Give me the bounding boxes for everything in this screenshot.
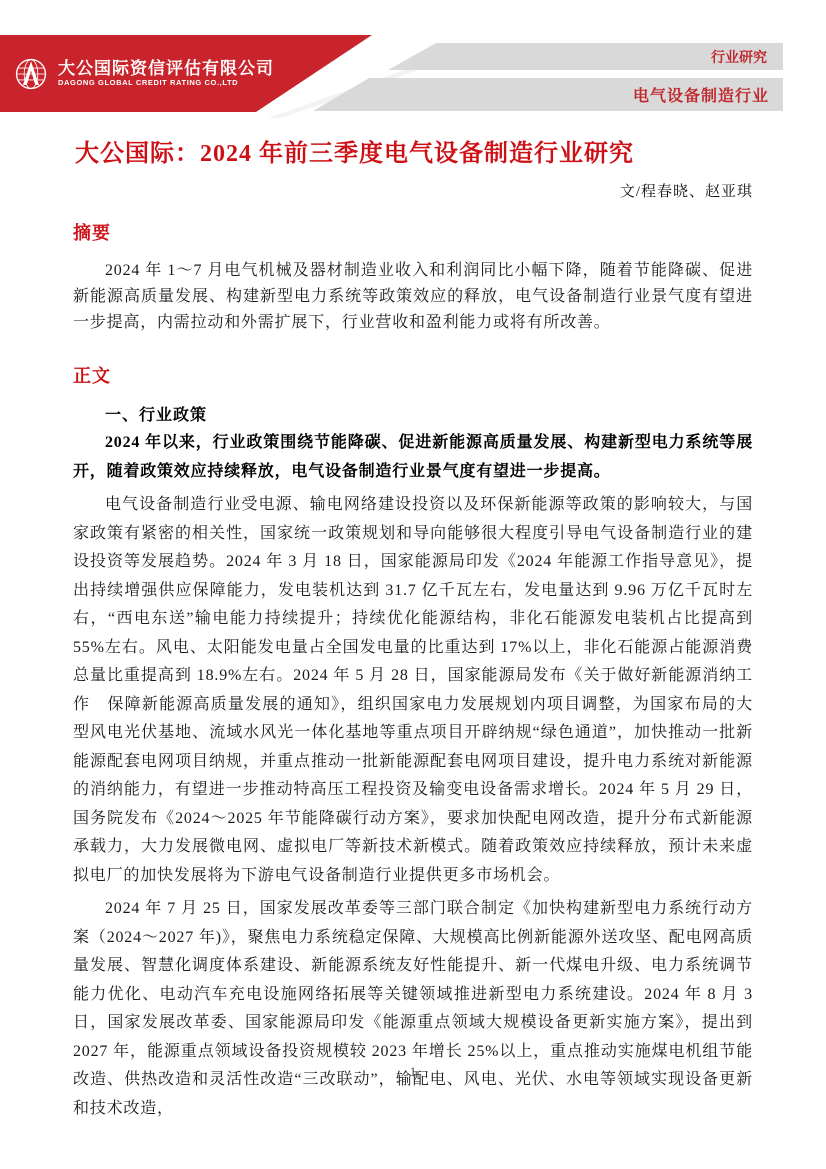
- banner-report-type-label: 行业研究: [711, 47, 767, 67]
- body-paragraph-2: 2024 年 7 月 25 日，国家发展改革委等三部门联合制定《加快构建新型电力…: [73, 895, 753, 1123]
- section-heading-industry-policy: 一、行业政策: [73, 402, 753, 425]
- body-paragraph-1: 电气设备制造行业受电源、输电网络建设投资以及环保新能源等政策的影响较大，与国家政…: [73, 491, 753, 890]
- document-page: 大公国际资信评估有限公司 DAGONG GLOBAL CREDIT RATING…: [0, 0, 826, 1169]
- company-name-cn: 大公国际资信评估有限公司: [58, 60, 274, 78]
- article-title: 大公国际：2024 年前三季度电气设备制造行业研究: [75, 138, 753, 170]
- masthead: 大公国际资信评估有限公司 DAGONG GLOBAL CREDIT RATING…: [0, 0, 826, 118]
- abstract-heading: 摘要: [73, 219, 753, 245]
- dagong-globe-logo-icon: [14, 57, 48, 91]
- section-lead-paragraph: 2024 年以来，行业政策围绕节能降碳、促进新能源高质量发展、构建新型电力系统等…: [73, 429, 753, 486]
- brand-block: 大公国际资信评估有限公司 DAGONG GLOBAL CREDIT RATING…: [0, 35, 372, 112]
- company-name-en: DAGONG GLOBAL CREDIT RATING CO.,LTD: [58, 79, 274, 87]
- banner-industry-label: 电气设备制造行业: [633, 83, 769, 106]
- byline: 文/程春晓、赵亚琪: [73, 180, 753, 201]
- abstract-text: 2024 年 1～7 月电气机械及器材制造业收入和利润同比小幅下降，随着节能降碳…: [73, 258, 753, 336]
- article-content: 大公国际：2024 年前三季度电气设备制造行业研究 文/程春晓、赵亚琪 摘要 2…: [73, 118, 753, 1123]
- banner-report-type: 行业研究: [388, 43, 783, 70]
- body-heading: 正文: [73, 362, 753, 388]
- page-number: 1: [0, 1064, 826, 1080]
- banner-industry: 电气设备制造行业: [313, 78, 783, 111]
